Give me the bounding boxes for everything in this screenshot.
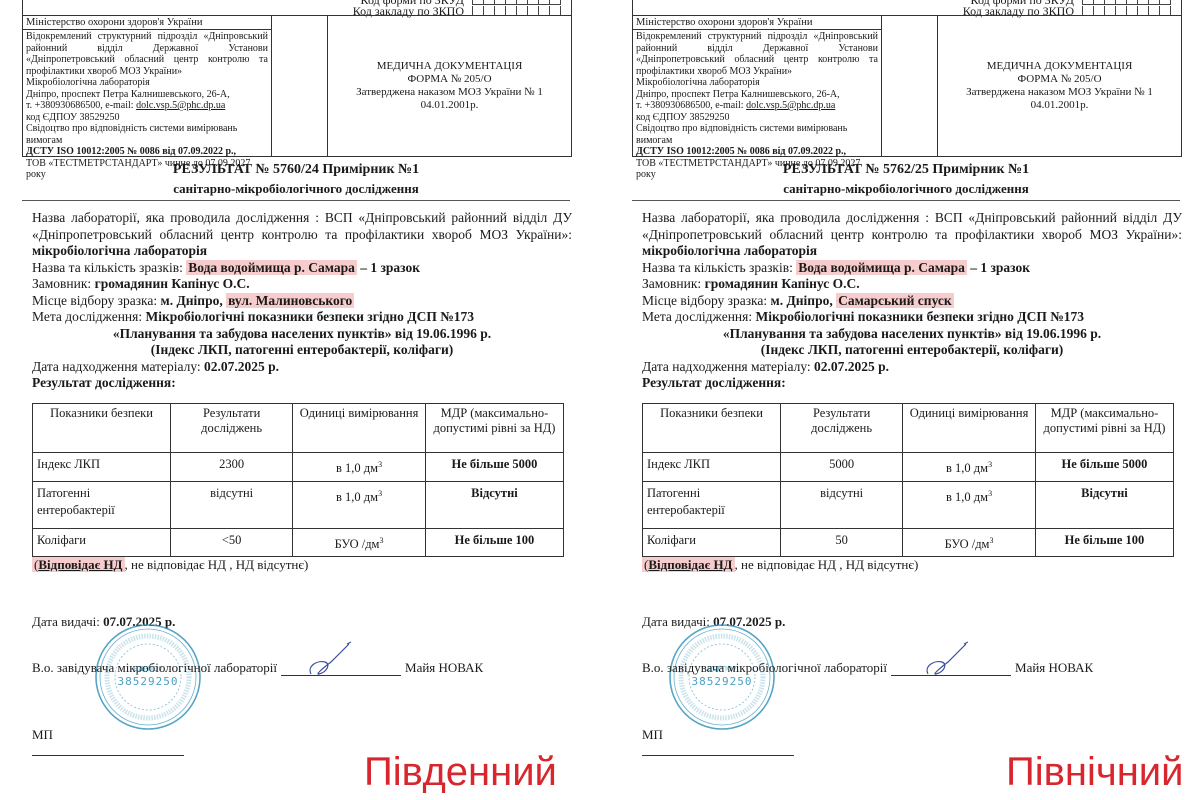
goal-indicators: (Індекс ЛКП, патогенні ентеробактерії, к… <box>642 342 1182 359</box>
result-cell: 2300 <box>171 453 293 482</box>
limit-cell: Відсутні <box>1035 482 1173 529</box>
unit-cell: БУО /дм3 <box>903 529 1036 557</box>
cert-text: Свідоцтво про відповідність системи вимі… <box>636 123 878 146</box>
header-spacer-cell <box>271 15 328 156</box>
field-label: Замовник: <box>32 276 95 291</box>
field-label: Місце відбору зразка: <box>32 293 161 308</box>
result-heading: Результат дослідження: <box>32 375 572 392</box>
sample-count: – 1 зразок <box>357 260 420 275</box>
field-label: Замовник: <box>642 276 705 291</box>
goal-standard: «Планування та забудова населених пункті… <box>642 326 1182 343</box>
org-phone: т. +380930686500, e-mail: <box>26 100 136 111</box>
place-city: м. Дніпро, <box>161 293 227 308</box>
verdict-selected: Відповідає НД <box>648 557 732 572</box>
report-page-left: Код форми по ЗКУД Код закладу по ЗКПО Мі… <box>0 0 600 800</box>
field-value: 02.07.2025 р. <box>814 359 889 374</box>
handwritten-signature-icon <box>305 640 365 680</box>
result-cell: відсутні <box>781 482 903 529</box>
field-label: Мета дослідження: <box>32 309 145 324</box>
code-boxes <box>1082 0 1171 5</box>
verdict-options: , не відповідає НД , НД відсутнє) <box>735 557 919 572</box>
indicator-cell: Патогенні ентеробактерії <box>33 482 171 529</box>
code-boxes <box>1082 6 1171 16</box>
svg-text:38529250: 38529250 <box>692 675 753 688</box>
district-label: Північний <box>1006 752 1183 792</box>
table-row: Патогенні ентеробактерії відсутні в 1,0 … <box>33 482 564 529</box>
header-spacer-cell <box>881 15 938 156</box>
form-codes: Код форми по ЗКУД Код закладу по ЗКПО <box>353 0 561 16</box>
table-row: Індекс ЛКП 5000 в 1,0 дм3 Не більше 5000 <box>643 453 1174 482</box>
result-title: РЕЗУЛЬТАТ № 5762/25 Примірник №1 <box>632 162 1180 178</box>
head-title: В.о. завідувача мікробіологічної лаборат… <box>642 660 887 676</box>
verdict-options: , не відповідає НД , НД відсутнє) <box>125 557 309 572</box>
limit-cell: Не більше 5000 <box>425 453 563 482</box>
ministry-name: Міністерство охорони здоров'я України <box>23 16 271 30</box>
place-value-highlighted: вул. Малиновського <box>226 293 354 308</box>
org-address: Дніпро, проспект Петра Калнишевського, 2… <box>636 89 878 101</box>
table-row: Індекс ЛКП 2300 в 1,0 дм3 Не більше 5000 <box>33 453 564 482</box>
field-value: громадянин Капінус О.С. <box>95 276 250 291</box>
goal-indicators: (Індекс ЛКП, патогенні ентеробактерії, к… <box>32 342 572 359</box>
field-label: Назва лабораторії, яка проводила дослідж… <box>32 210 572 242</box>
customer-field: Замовник: громадянин Капінус О.С. <box>32 276 572 293</box>
code-boxes <box>472 6 561 16</box>
head-name: Майя НОВАК <box>1015 660 1093 676</box>
sample-field: Назва та кількість зразків: Вода водойми… <box>32 260 572 277</box>
conformity-verdict: (Відповідає НД, не відповідає НД , НД ві… <box>32 557 308 573</box>
place-city: м. Дніпро, <box>771 293 837 308</box>
organization-block: Міністерство охорони здоров'я України Ві… <box>23 15 271 156</box>
field-value: Мікробіологічні показники безпеки згідно… <box>755 309 1084 324</box>
unit-exponent: 3 <box>379 536 383 545</box>
unit-exponent: 3 <box>989 536 993 545</box>
field-value: мікробіологічна лабораторія <box>32 243 207 258</box>
column-header: МДР (максимально-допустимі рівні за НД) <box>1035 404 1173 453</box>
limit-cell: Не більше 100 <box>425 529 563 557</box>
med-doc-title: МЕДИЧНА ДОКУМЕНТАЦІЯ <box>966 60 1153 73</box>
field-value: громадянин Капінус О.С. <box>705 276 860 291</box>
limit-cell: Не більше 100 <box>1035 529 1173 557</box>
received-date-field: Дата надходження матеріалу: 02.07.2025 р… <box>642 359 1182 376</box>
unit-cell: в 1,0 дм3 <box>903 482 1036 529</box>
sample-value-highlighted: Вода водоймища р. Самара <box>186 260 357 275</box>
field-label: Місце відбору зразка: <box>642 293 771 308</box>
goal-standard: «Планування та забудова населених пункті… <box>32 326 572 343</box>
sample-count: – 1 зразок <box>967 260 1030 275</box>
result-cell: відсутні <box>171 482 293 529</box>
limit-cell: Не більше 5000 <box>1035 453 1173 482</box>
field-label: Мета дослідження: <box>642 309 755 324</box>
unit-exponent: 3 <box>378 460 382 469</box>
unit-cell: БУО /дм3 <box>293 529 426 557</box>
report-page-right: Код форми по ЗКУД Код закладу по ЗКПО Мі… <box>600 0 1200 800</box>
column-header: Одиниці вимірювання <box>293 404 426 453</box>
report-body: Назва лабораторії, яка проводила дослідж… <box>642 210 1182 392</box>
column-header: МДР (максимально-допустимі рівні за НД) <box>425 404 563 453</box>
approval-order: Затверджена наказом МОЗ України № 1 <box>966 86 1153 99</box>
column-header: Результати досліджень <box>781 404 903 453</box>
form-number: ФОРМА № 205/О <box>356 73 543 86</box>
column-header: Результати досліджень <box>171 404 293 453</box>
table-row: Коліфаги <50 БУО /дм3 Не більше 100 <box>33 529 564 557</box>
table-header-row: Показники безпеки Результати досліджень … <box>643 404 1174 453</box>
cert-number: ДСТУ ISO 10012:2005 № 0086 від 07.09.202… <box>636 146 878 158</box>
field-label: Назва та кількість зразків: <box>32 260 186 275</box>
report: Код форми по ЗКУД Код закладу по ЗКПО Мі… <box>22 0 570 800</box>
seal-line <box>642 755 794 756</box>
unit: в 1,0 дм <box>946 461 988 475</box>
unit: в 1,0 дм <box>336 490 378 504</box>
lab-field: Назва лабораторії, яка проводила дослідж… <box>642 210 1182 260</box>
medical-documentation-block: МЕДИЧНА ДОКУМЕНТАЦІЯ ФОРМА № 205/О Затве… <box>937 15 1181 156</box>
result-cell: 50 <box>781 529 903 557</box>
verdict-selected: Відповідає НД <box>38 557 122 572</box>
field-label: Назва та кількість зразків: <box>642 260 796 275</box>
indicator-cell: Патогенні ентеробактерії <box>643 482 781 529</box>
unit-cell: в 1,0 дм3 <box>903 453 1036 482</box>
table-row: Патогенні ентеробактерії відсутні в 1,0 … <box>643 482 1174 529</box>
form-number: ФОРМА № 205/О <box>966 73 1153 86</box>
official-stamp-icon: 38529250 ЄДРПОУ <box>94 623 202 731</box>
unit-cell: в 1,0 дм3 <box>293 482 426 529</box>
result-subtitle: санітарно-мікробіологічного дослідження <box>22 181 570 197</box>
indicator-cell: Коліфаги <box>643 529 781 557</box>
org-contacts: т. +380930686500, e-mail: dolc.vsp.5@phc… <box>26 100 268 112</box>
head-signature-line: В.о. завідувача мікробіологічної лаборат… <box>642 660 1182 676</box>
divider <box>22 200 570 201</box>
organization-details: Відокремлений структурний підрозділ «Дні… <box>633 30 881 182</box>
org-name: Відокремлений структурний підрозділ «Дні… <box>636 31 878 77</box>
ministry-name: Міністерство охорони здоров'я України <box>633 16 881 30</box>
org-name: Відокремлений структурний підрозділ «Дні… <box>26 31 268 77</box>
org-edrpou: код ЄДПОУ 38529250 <box>636 112 878 124</box>
result-subtitle: санітарно-мікробіологічного дослідження <box>632 181 1180 197</box>
customer-field: Замовник: громадянин Капінус О.С. <box>642 276 1182 293</box>
svg-text:38529250: 38529250 <box>118 675 179 688</box>
conformity-verdict: (Відповідає НД, не відповідає НД , НД ві… <box>642 557 918 573</box>
cert-text: Свідоцтво про відповідність системи вимі… <box>26 123 268 146</box>
org-email-link[interactable]: dolc.vsp.5@phc.dp.ua <box>136 100 225 111</box>
handwritten-signature-icon <box>922 640 982 680</box>
unit-exponent: 3 <box>988 460 992 469</box>
result-heading: Результат дослідження: <box>642 375 1182 392</box>
result-cell: <50 <box>171 529 293 557</box>
field-label: Дата видачі: <box>32 614 103 629</box>
district-label: Південний <box>364 752 557 792</box>
unit: в 1,0 дм <box>336 461 378 475</box>
column-header: Показники безпеки <box>643 404 781 453</box>
field-label: Дата надходження матеріалу: <box>32 359 204 374</box>
results-table: Показники безпеки Результати досліджень … <box>642 403 1174 557</box>
seal-line <box>32 755 184 756</box>
verdict-selected-highlighted: (Відповідає НД <box>642 557 735 572</box>
results-table: Показники безпеки Результати досліджень … <box>32 403 564 557</box>
org-email-link[interactable]: dolc.vsp.5@phc.dp.ua <box>746 100 835 111</box>
verdict-selected-highlighted: (Відповідає НД <box>32 557 125 572</box>
field-value: мікробіологічна лабораторія <box>642 243 817 258</box>
seal-place-label: МП <box>642 727 663 743</box>
field-value: Мікробіологічні показники безпеки згідно… <box>145 309 474 324</box>
sample-value-highlighted: Вода водоймища р. Самара <box>796 260 967 275</box>
unit: БУО /дм <box>945 537 990 551</box>
head-title: В.о. завідувача мікробіологічної лаборат… <box>32 660 277 676</box>
divider <box>632 200 1180 201</box>
org-phone: т. +380930686500, e-mail: <box>636 100 746 111</box>
sampling-place-field: Місце відбору зразка: м. Дніпро, Самарсь… <box>642 293 1182 310</box>
code-boxes <box>472 0 561 5</box>
official-stamp-icon: 38529250 ЄДРПОУ <box>668 623 776 731</box>
indicator-cell: Коліфаги <box>33 529 171 557</box>
form-header: Код форми по ЗКУД Код закладу по ЗКПО Мі… <box>632 0 1182 157</box>
seal-place-label: МП <box>32 727 53 743</box>
column-header: Одиниці вимірювання <box>903 404 1036 453</box>
med-doc-title: МЕДИЧНА ДОКУМЕНТАЦІЯ <box>356 60 543 73</box>
org-contacts: т. +380930686500, e-mail: dolc.vsp.5@phc… <box>636 100 878 112</box>
report-body: Назва лабораторії, яка проводила дослідж… <box>32 210 572 392</box>
result-title: РЕЗУЛЬТАТ № 5760/24 Примірник №1 <box>22 162 570 178</box>
table-row: Коліфаги 50 БУО /дм3 Не більше 100 <box>643 529 1174 557</box>
form-codes: Код форми по ЗКУД Код закладу по ЗКПО <box>963 0 1171 16</box>
unit: БУО /дм <box>335 537 380 551</box>
organization-details: Відокремлений структурний підрозділ «Дні… <box>23 30 271 182</box>
field-label: Дата надходження матеріалу: <box>642 359 814 374</box>
medical-documentation-block: МЕДИЧНА ДОКУМЕНТАЦІЯ ФОРМА № 205/О Затве… <box>327 15 571 156</box>
column-header: Показники безпеки <box>33 404 171 453</box>
limit-cell: Відсутні <box>425 482 563 529</box>
sample-field: Назва та кількість зразків: Вода водойми… <box>642 260 1182 277</box>
indicator-cell: Індекс ЛКП <box>33 453 171 482</box>
unit-exponent: 3 <box>378 489 382 498</box>
approval-date: 04.01.2001р. <box>356 99 543 112</box>
indicator-cell: Індекс ЛКП <box>643 453 781 482</box>
organization-block: Міністерство охорони здоров'я України Ві… <box>633 15 881 156</box>
field-label: Назва лабораторії, яка проводила дослідж… <box>642 210 1182 242</box>
cert-number: ДСТУ ISO 10012:2005 № 0086 від 07.09.202… <box>26 146 268 158</box>
org-edrpou: код ЄДПОУ 38529250 <box>26 112 268 124</box>
lab-name: Мікробіологічна лабораторія <box>636 77 878 89</box>
approval-date: 04.01.2001р. <box>966 99 1153 112</box>
sampling-place-field: Місце відбору зразка: м. Дніпро, вул. Ма… <box>32 293 572 310</box>
unit-cell: в 1,0 дм3 <box>293 453 426 482</box>
org-address: Дніпро, проспект Петра Калнишевського, 2… <box>26 89 268 101</box>
field-value: 02.07.2025 р. <box>204 359 279 374</box>
head-signature-line: В.о. завідувача мікробіологічної лаборат… <box>32 660 572 676</box>
report: Код форми по ЗКУД Код закладу по ЗКПО Мі… <box>632 0 1180 800</box>
lab-name: Мікробіологічна лабораторія <box>26 77 268 89</box>
head-name: Майя НОВАК <box>405 660 483 676</box>
goal-field: Мета дослідження: Мікробіологічні показн… <box>32 309 572 326</box>
form-header: Код форми по ЗКУД Код закладу по ЗКПО Мі… <box>22 0 572 157</box>
approval-order: Затверджена наказом МОЗ України № 1 <box>356 86 543 99</box>
unit: в 1,0 дм <box>946 490 988 504</box>
lab-field: Назва лабораторії, яка проводила дослідж… <box>32 210 572 260</box>
place-value-highlighted: Самарський спуск <box>836 293 954 308</box>
unit-exponent: 3 <box>988 489 992 498</box>
received-date-field: Дата надходження матеріалу: 02.07.2025 р… <box>32 359 572 376</box>
goal-field: Мета дослідження: Мікробіологічні показн… <box>642 309 1182 326</box>
table-header-row: Показники безпеки Результати досліджень … <box>33 404 564 453</box>
result-cell: 5000 <box>781 453 903 482</box>
